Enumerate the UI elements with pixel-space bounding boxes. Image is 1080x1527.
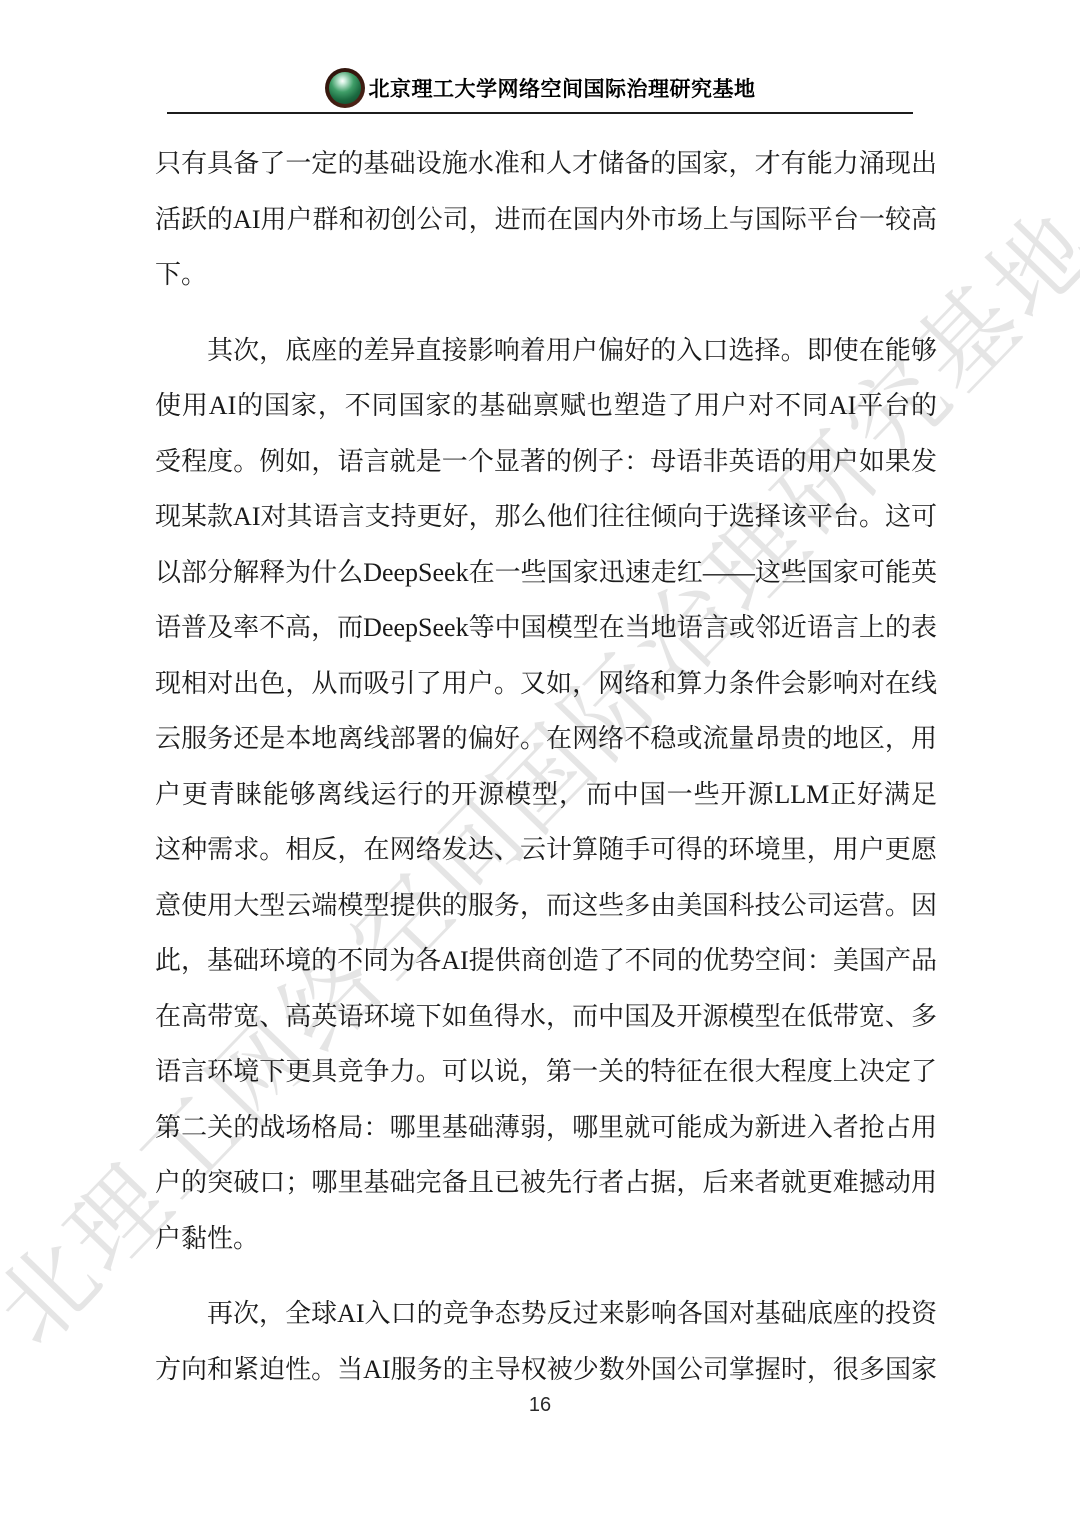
org-name: 北京理工大学网络空间国际治理研究基地 (369, 73, 756, 103)
text-line: 使用AI的国家，不同国家的基础禀赋也塑造了用户对不同AI平台的接 (155, 378, 937, 434)
text-line: 只有具备了一定的基础设施水准和人才储备的国家，才有能力涌现出 (155, 136, 937, 192)
page-header: 北京理工大学网络空间国际治理研究基地 (167, 64, 913, 114)
text-line: 云服务还是本地离线部署的偏好。在网络不稳或流量昂贵的地区，用 (155, 711, 937, 767)
paragraph: 其次，底座的差异直接影响着用户偏好的入口选择。即使在能够使用AI的国家，不同国家… (155, 323, 937, 1267)
bit-emblem-icon (325, 68, 365, 108)
page-number: 16 (529, 1394, 551, 1416)
text-line: 其次，底座的差异直接影响着用户偏好的入口选择。即使在能够 (155, 323, 937, 379)
paragraph: 再次，全球AI入口的竞争态势反过来影响各国对基础底座的投资方向和紧迫性。当AI服… (155, 1286, 937, 1397)
document-page: 北理工网络空间国际治理研究基地 北京理工大学网络空间国际治理研究基地 只有具备了… (0, 0, 1080, 1527)
text-line: 户的突破口；哪里基础完备且已被先行者占据，后来者就更难撼动用 (155, 1155, 937, 1211)
page-footer: 16 (0, 1394, 1080, 1417)
text-line: 再次，全球AI入口的竞争态势反过来影响各国对基础底座的投资 (155, 1286, 937, 1342)
text-line: 现相对出色，从而吸引了用户。又如，网络和算力条件会影响对在线 (155, 656, 937, 712)
text-line: 以部分解释为什么DeepSeek在一些国家迅速走红——这些国家可能英 (155, 545, 937, 601)
text-line: 语普及率不高，而DeepSeek等中国模型在当地语言或邻近语言上的表 (155, 600, 937, 656)
text-line: 在高带宽、高英语环境下如鱼得水，而中国及开源模型在低带宽、多 (155, 989, 937, 1045)
text-line: 此，基础环境的不同为各AI提供商创造了不同的优势空间：美国产品 (155, 933, 937, 989)
text-line: 户更青睐能够离线运行的开源模型，而中国一些开源LLM正好满足了 (155, 767, 937, 823)
text-line: 第二关的战场格局：哪里基础薄弱，哪里就可能成为新进入者抢占用 (155, 1100, 937, 1156)
text-line: 方向和紧迫性。当AI服务的主导权被少数外国公司掌握时，很多国家 (155, 1342, 937, 1398)
document-body: 只有具备了一定的基础设施水准和人才储备的国家，才有能力涌现出活跃的AI用户群和初… (155, 136, 937, 1397)
text-line: 这种需求。相反，在网络发达、云计算随手可得的环境里，用户更愿 (155, 822, 937, 878)
text-line: 下。 (155, 247, 937, 303)
text-line: 意使用大型云端模型提供的服务，而这些多由美国科技公司运营。因 (155, 878, 937, 934)
text-line: 语言环境下更具竞争力。可以说，第一关的特征在很大程度上决定了 (155, 1044, 937, 1100)
text-line: 现某款AI对其语言支持更好，那么他们往往倾向于选择该平台。这可 (155, 489, 937, 545)
paragraph: 只有具备了一定的基础设施水准和人才储备的国家，才有能力涌现出活跃的AI用户群和初… (155, 136, 937, 303)
text-line: 户黏性。 (155, 1211, 937, 1267)
text-line: 活跃的AI用户群和初创公司，进而在国内外市场上与国际平台一较高 (155, 192, 937, 248)
text-line: 受程度。例如，语言就是一个显著的例子：母语非英语的用户如果发 (155, 434, 937, 490)
